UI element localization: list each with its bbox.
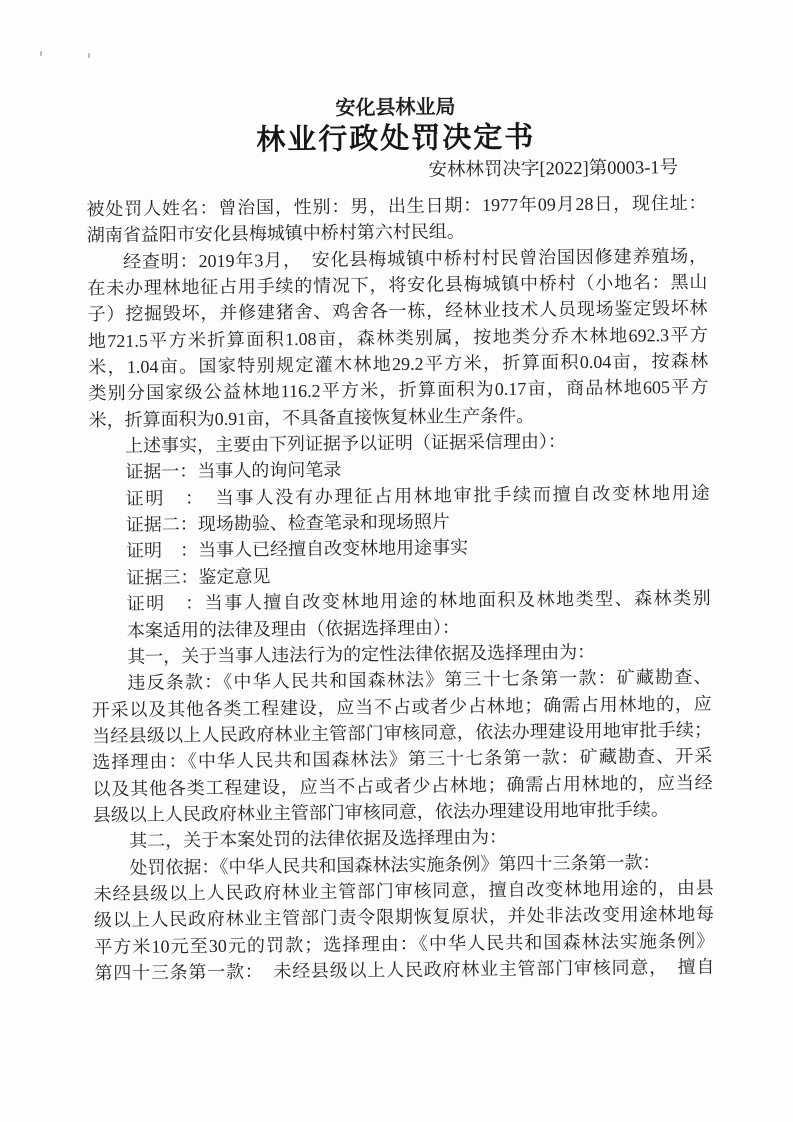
document-page: 安化县林业局 林业行政处罚决定书 安林林罚决字[2022]第0003-1号 被处… xyxy=(0,0,793,1122)
scan-artifact-speck xyxy=(88,53,90,58)
document-body: 被处罚人姓名：曾治国，性别：男，出生日期：1977年09月28日，现住址：湖南省… xyxy=(86,190,714,987)
document-content: 安化县林业局 林业行政处罚决定书 安林林罚决字[2022]第0003-1号 被处… xyxy=(85,92,714,987)
document-title: 林业行政处罚决定书 xyxy=(86,118,706,161)
body-line-30: 第四十三条第一款： 未经县级以上人民政府林业主管部门审核同意， 擅自 xyxy=(94,954,714,987)
scan-artifact-speck xyxy=(40,51,42,56)
document-number: 安林林罚决字[2022]第0003-1号 xyxy=(86,155,706,187)
